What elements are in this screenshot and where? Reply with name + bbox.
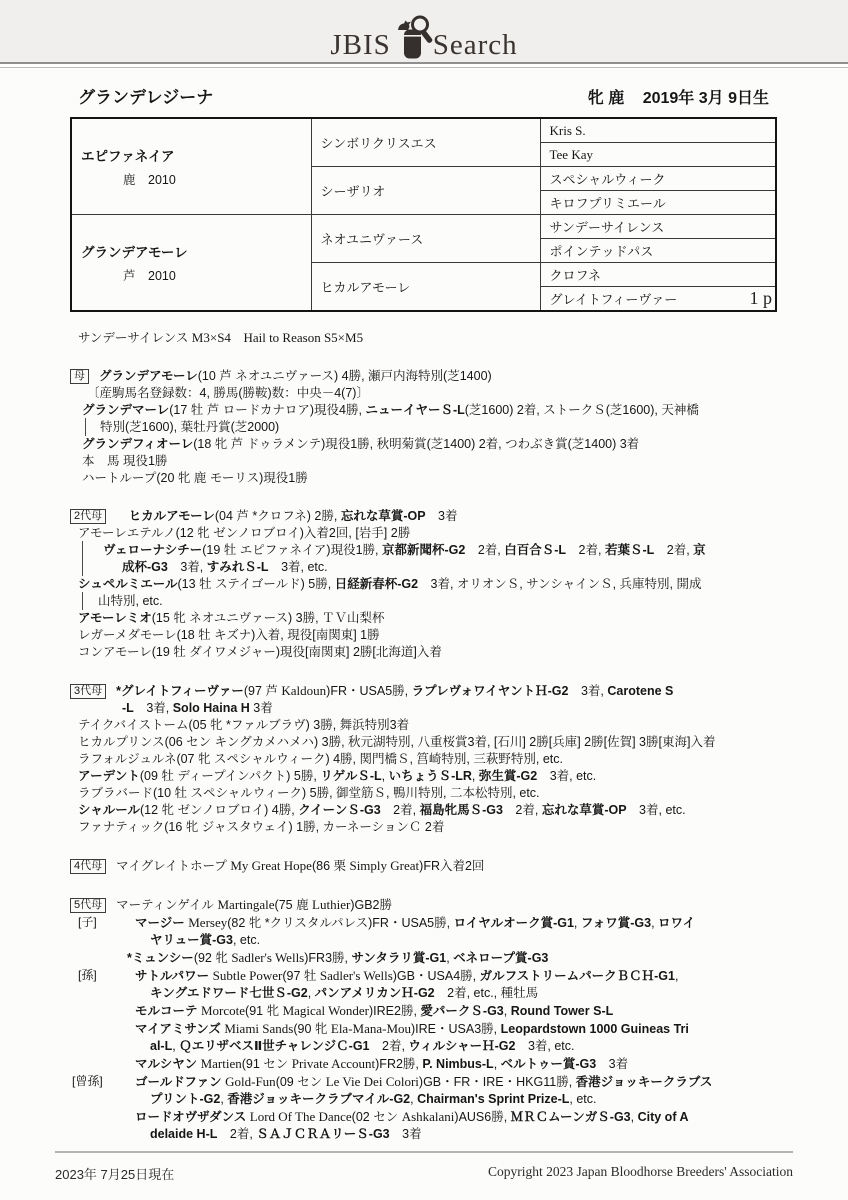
text-segment: Chairman's Sprint Prize-L [417, 1092, 569, 1106]
dam-coat-year: 芦 2010 [81, 266, 311, 284]
text-segment: マルシヤン [135, 1057, 197, 1071]
text-segment: グランデマーレ [82, 403, 169, 417]
text-segment: キングエドワード七世Ｓ-G2 [150, 986, 308, 1000]
note-line: アーデント(09 牡 ディープインパクト) 5勝, リゲルＳ-L, いちょうＳ-… [70, 768, 848, 785]
note-line: グランデフィオーレ(18 牝 芦 ドゥラメンテ)現役1勝, 秋明菊賞(芝1400… [70, 436, 848, 453]
text-segment: 京 [693, 543, 706, 557]
note-line: ラフォルジュルネ(07 牝 スペシャルウィーク) 4勝, 関門橋Ｓ, 筥崎特別,… [70, 751, 848, 768]
page-header: JBIS Search [0, 0, 848, 62]
text-segment: ウィルシャーＨ-G2 [408, 1039, 515, 1053]
text-segment: , [651, 916, 658, 930]
text-segment: )FR・USA5勝, [326, 684, 411, 698]
text-segment: サンタラリ賞-G1 [351, 951, 446, 965]
note-line: [孫]サトルパワー Subtle Power(97 牡 Sadler's Wel… [70, 967, 848, 985]
text-segment: 愛パークＳ-G3 [420, 1004, 503, 1018]
text-segment: , [631, 1110, 638, 1124]
text-segment: )GB・USA4勝, [393, 969, 480, 983]
text-segment: サンデーサイレンス [78, 331, 192, 345]
text-segment: (02 セン [352, 1110, 402, 1124]
text-segment: (92 牝 [194, 951, 232, 965]
text-segment: ベネロープ賞-G3 [453, 951, 548, 965]
generation-label: 5代母 [70, 898, 106, 913]
note-line: ヤリュー賞-G3, etc. [70, 932, 848, 949]
note-section: 3代母*グレイトフィーヴァー(97 芦 Kaldoun)FR・USA5勝, ラプ… [70, 682, 848, 836]
text-segment: ロワイ [658, 916, 695, 930]
text-segment: 2着, [370, 1039, 409, 1053]
text-segment: ガルフストリームパークＢＣＨ-G1 [480, 969, 675, 983]
tree-connector-line [82, 592, 83, 610]
text-segment: Ela-Mana-Mou [331, 1021, 411, 1036]
text-segment: )AUS6勝, [454, 1110, 510, 1124]
text-segment: グランデフィオーレ [82, 437, 193, 451]
text-segment: ロードオヴザダンス [135, 1110, 246, 1124]
text-segment: Sadler's Wells [320, 968, 393, 983]
text-segment: (12 牝 ゼンノロブロイ) 4勝, [140, 803, 298, 817]
birth-date: 2019年 3月 9日生 [643, 90, 769, 107]
text-segment: al-L [150, 1039, 172, 1053]
ancestor-name: グレイトフィーヴァー [550, 292, 678, 307]
text-segment: クイーンＳ-G3 [298, 803, 380, 817]
header-divider [0, 62, 848, 68]
note-line: 3代母*グレイトフィーヴァー(97 芦 Kaldoun)FR・USA5勝, ラプ… [70, 682, 848, 700]
text-segment: )GB2勝 [350, 898, 392, 912]
generation-label: 2代母 [70, 509, 106, 524]
text-segment: ヒカルプリンス(06 セン キングカメハメハ) 3勝, 秋元湖特別, 八重桜賞3… [78, 735, 715, 749]
text-segment: 3着, etc. [537, 769, 596, 783]
text-segment: 山特別, etc. [98, 594, 163, 608]
generation-label: 母 [70, 369, 89, 384]
text-segment: アーデント [78, 769, 140, 783]
note-line: シュペルミエール(13 牡 ステイゴールド) 5勝, 日経新春杯-G2 3着, … [70, 576, 848, 593]
text-segment: 京都新聞杯-G2 [382, 543, 465, 557]
text-segment: アモーレミオ [78, 611, 152, 625]
text-segment: ヴェローナシチー [103, 543, 202, 557]
text-segment: 3着 [390, 1127, 422, 1141]
text-segment: ラフォルジュルネ(07 牝 スペシャルウィーク) 4勝, 関門橋Ｓ, 筥崎特別,… [78, 752, 563, 766]
pedigree-cell-granddam: シーザリオ [311, 167, 540, 215]
note-line: グランデマーレ(17 牡 芦 ロードカナロア)現役4勝, ニューイヤーＳ-L(芝… [70, 402, 848, 419]
generation-label: 4代母 [70, 859, 106, 874]
descendant-group-label: [子] [78, 914, 97, 931]
dam-name: グランデアモーレ [81, 241, 311, 261]
pedigree-cell-ancestor: スペシャルウィーク [540, 167, 776, 191]
text-segment: シャルール [78, 803, 140, 817]
sex-coat: 牝 鹿 [588, 90, 624, 107]
text-segment: 2着, [381, 803, 420, 817]
pedigree-cell-granddam: ヒカルアモーレ [311, 263, 540, 312]
text-segment: Subtle Power [213, 968, 283, 983]
note-line: 4代母マイグレイトホープ My Great Hope(86 栗 Simply G… [70, 857, 848, 875]
text-segment: 3着 [250, 701, 273, 715]
text-segment: 3着, etc. [627, 803, 686, 817]
text-segment: Sadler's Wells [231, 950, 304, 965]
logo-text-jbis: JBIS [330, 30, 390, 60]
text-segment: Morcote [201, 1003, 245, 1018]
text-segment: ゴールドファン [135, 1075, 222, 1089]
text-segment: モルコーテ [135, 1004, 198, 1018]
text-segment: Martien [201, 1056, 242, 1071]
text-segment: (09 セン [276, 1075, 326, 1089]
note-line: *ミュンシー(92 牝 Sadler's Wells)FR3勝, サンタラリ賞-… [70, 949, 848, 967]
text-segment: ハートループ(20 牝 鹿 モーリス)現役1勝 [82, 471, 308, 485]
text-segment: (09 牡 ディープインパクト) 5勝, [140, 769, 320, 783]
note-section: サンデーサイレンス M3×S4 Hail to Reason S5×M5 [70, 329, 848, 347]
note-line: 〔産駒馬名登録数：4, 勝馬(勝鞍)数：中央－4(7)〕 [70, 385, 848, 402]
note-line: アモーレミオ(15 牝 ネオユニヴァース) 3勝, ＴＶ山梨杯 [70, 610, 848, 627]
text-segment: ＳＡＪＣＲＡリーＳ-G3 [256, 1127, 389, 1141]
text-segment: 本 馬 現役1勝 [82, 454, 167, 468]
text-segment: パンアメリカンＨ-G2 [315, 986, 435, 1000]
text-segment: 忘れな草賞-OP [341, 509, 426, 523]
text-segment: コンアモーレ(19 牡 ダイワメジャー)現役[南関東] 2勝[北海道]入着 [78, 645, 442, 659]
text-segment: Le Vie Dei Colori [326, 1074, 419, 1089]
text-segment: (15 牝 ネオユニヴァース) 3勝, ＴＶ山梨杯 [152, 611, 385, 625]
text-segment: (97 牡 [282, 969, 320, 983]
text-segment: delaide H-L [150, 1127, 217, 1141]
text-segment: 福島牝馬Ｓ-G3 [420, 803, 503, 817]
pedigree-cell-sire: エピファネイア 鹿 2010 [71, 118, 311, 215]
text-segment: レガーメダモーレ(18 牡 キズナ)入着, 現役[南関東] 1勝 [78, 628, 380, 642]
text-segment: アモーレエテルノ(12 牝 ゼンノロブロイ)入着2回, [岩手] 2勝 [78, 526, 410, 540]
text-segment: (芝1600) 2着, ストークＳ(芝1600), 天神橋 [465, 403, 699, 417]
text-segment: 弥生賞-G2 [479, 769, 537, 783]
note-line: al-L, ＱエリザベスⅡ世チャレンジＣ-G1 2着, ウィルシャーＨ-G2 3… [70, 1038, 848, 1055]
note-section: 母グランデアモーレ(10 芦 ネオユニヴァース) 4勝, 瀬戸内海特別(芝140… [70, 368, 848, 487]
text-segment: ロイヤルオーク賞-G1 [454, 916, 574, 930]
text-segment: Gold-Fun [225, 1074, 276, 1089]
text-segment: My Great Hope [230, 858, 312, 873]
text-segment: マージー [135, 916, 185, 930]
horse-name-title: グランデレジーナ [78, 83, 213, 108]
note-line: アモーレエテルノ(12 牝 ゼンノロブロイ)入着2回, [岩手] 2勝 [70, 525, 848, 542]
text-segment: , [308, 986, 315, 1000]
text-segment: Carotene S [607, 684, 673, 698]
text-segment: テイクバイストーム(05 牝 *ファルブラヴ) 3勝, 舞浜特別3着 [78, 718, 409, 732]
pedigree-notes: サンデーサイレンス M3×S4 Hail to Reason S5×M5母グラン… [70, 329, 848, 1143]
text-segment: (18 牝 芦 ドゥラメンテ)現役1勝, 秋明菊賞(芝1400) 2着, つわぶ… [193, 437, 639, 451]
note-line: ファナティック(16 牝 ジャスタウェイ) 1勝, カーネーションＣ 2着 [70, 819, 848, 836]
text-segment: すみれＳ-L [207, 560, 269, 574]
pedigree-cell-ancestor: キロフプリミエール [540, 191, 776, 215]
note-line: 成杯-G3 3着, すみれＳ-L 3着, etc. [70, 559, 848, 576]
text-segment: 白百合Ｓ-L [504, 543, 566, 557]
note-line: テイクバイストーム(05 牝 *ファルブラヴ) 3勝, 舞浜特別3着 [70, 717, 848, 734]
text-segment: *ミュンシー [127, 951, 194, 965]
text-segment: Magical Wonder [283, 1003, 369, 1018]
text-segment: , [574, 916, 581, 930]
pedigree-cell-ancestor: ポインテッドパス [540, 239, 776, 263]
text-segment: 香港ジョッキークラブス [576, 1075, 713, 1089]
note-line: ヴェローナシチー(19 牡 エピファネイア)現役1勝, 京都新聞杯-G2 2着,… [70, 542, 848, 559]
text-segment: ヤリュー賞-G3 [150, 933, 233, 947]
pedigree-cell-grandsire: ネオユニヴァース [311, 215, 540, 263]
text-segment: ラプレヴォワイヤントＨ-G2 [412, 684, 569, 698]
text-segment: City of A [638, 1110, 689, 1124]
text-segment: 2着, [654, 543, 693, 557]
text-segment: 2着, etc., 種牡馬 [435, 986, 539, 1000]
text-segment: マイアミサンズ [135, 1022, 221, 1036]
text-segment: フォワ賞-G3 [581, 916, 651, 930]
text-segment: リゲルＳ-L [320, 769, 381, 783]
text-segment: Miami Sands [224, 1021, 293, 1036]
document-body: グランデレジーナ 牝 鹿 2019年 3月 9日生 エピファネイア 鹿 2010… [0, 83, 848, 1143]
note-line: マルシヤン Martien(91 セン Private Account)FR2勝… [70, 1055, 848, 1073]
note-line: キングエドワード七世Ｓ-G2, パンアメリカンＨ-G2 2着, etc., 種牡… [70, 985, 848, 1002]
note-section: 5代母マーティンゲイル Martingale(75 鹿 Luthier)GB2勝… [70, 896, 848, 1143]
title-row: グランデレジーナ 牝 鹿 2019年 3月 9日生 [70, 83, 775, 108]
pedigree-cell-ancestor: グレイトフィーヴァー 1 p [540, 287, 776, 312]
text-segment: (90 牝 [293, 1022, 331, 1036]
text-segment: Luthier [312, 897, 350, 912]
text-segment: ニューイヤーＳ-L [365, 403, 464, 417]
text-segment: Lord Of The Dance [250, 1109, 352, 1124]
document-page: JBIS Search グランデレジーナ 牝 鹿 2019年 3月 9日生 [0, 0, 848, 1200]
note-line: 2代母 ヒカルアモーレ(04 芦 *クロフネ) 2勝, 忘れな草賞-OP 3着 [70, 508, 848, 525]
text-segment: 3着, [568, 684, 607, 698]
text-segment: )FR2勝, [375, 1057, 422, 1071]
text-segment: Round Tower S-L [511, 1004, 614, 1018]
sire-coat-year: 鹿 2010 [81, 170, 311, 188]
tree-connector-line [85, 418, 86, 436]
note-line: 山特別, etc. [70, 593, 848, 610]
text-segment: )FR入着2回 [419, 859, 484, 873]
pedigree-cell-dam: グランデアモーレ 芦 2010 [71, 215, 311, 312]
text-segment: (13 牡 ステイゴールド) 5勝, [178, 577, 335, 591]
descendant-group-label: [孫] [78, 967, 97, 984]
note-line: プリント-G2, 香港ジョッキークラブマイル-G2, Chairman's Sp… [70, 1091, 848, 1108]
note-line: 特別(芝1600), 葉牡丹賞(芝2000) [70, 419, 848, 436]
text-segment: サトルパワー [135, 969, 209, 983]
as-of-date: 2023年 7月25日現在 [55, 1164, 174, 1183]
text-segment: (91 セン [242, 1057, 292, 1071]
text-segment: M3×S4 [192, 330, 231, 345]
note-line: -L 3着, Solo Haina H 3着 [70, 700, 848, 717]
text-segment: グランデアモーレ [99, 369, 198, 383]
text-segment [231, 331, 244, 345]
note-line: [曾孫]ゴールドファン Gold-Fun(09 セン Le Vie Dei Co… [70, 1073, 848, 1091]
text-segment: 3着, etc. [515, 1039, 574, 1053]
note-line: [子]マージー Mersey(82 牝 *クリスタルパレス)FR・USA5勝, … [70, 914, 848, 932]
note-line: マイアミサンズ Miami Sands(90 牝 Ela-Mana-Mou)IR… [70, 1020, 848, 1038]
note-line: モルコーテ Morcote(91 牝 Magical Wonder)IRE2勝,… [70, 1002, 848, 1020]
note-line: ハートループ(20 牝 鹿 モーリス)現役1勝 [70, 470, 848, 487]
tree-connector-line [82, 558, 83, 576]
text-segment: )GB・FR・IRE・HKG11勝, [419, 1075, 576, 1089]
jbis-search-logo: JBIS Search [330, 14, 517, 60]
text-segment: (10 芦 ネオユニヴァース) 4勝, 瀬戸内海特別(芝1400) [198, 369, 492, 383]
text-segment: , [382, 769, 389, 783]
text-segment: 3着, [134, 701, 173, 715]
text-segment: Private Account [292, 1056, 375, 1071]
text-segment: , [504, 1004, 511, 1018]
text-segment: , [494, 1057, 501, 1071]
text-segment: Solo Haina H [173, 701, 250, 715]
text-segment: (97 芦 [244, 684, 282, 698]
tree-connector-line [82, 541, 83, 559]
text-segment: (82 牝 *クリスタルパレス)FR・USA5勝, [227, 916, 453, 930]
text-segment: , [675, 969, 678, 983]
text-segment: , etc. [233, 933, 260, 947]
text-segment: 2着, [503, 803, 542, 817]
note-section: 4代母マイグレイトホープ My Great Hope(86 栗 Simply G… [70, 857, 848, 875]
text-segment: ヒカルアモーレ [116, 509, 215, 523]
text-segment: マーティンゲイル [116, 898, 217, 912]
copyright-text: Copyright 2023 Japan Bloodhorse Breeders… [488, 1164, 793, 1183]
page-footer: 2023年 7月25日現在 Copyright 2023 Japan Blood… [55, 1151, 793, 1183]
pedigree-table: エピファネイア 鹿 2010 シンボリクリスエス Kris S. Tee Kay… [70, 117, 777, 312]
text-segment: 2着, [566, 543, 605, 557]
note-line: コンアモーレ(19 牡 ダイワメジャー)現役[南関東] 2勝[北海道]入着 [70, 644, 848, 661]
text-segment: (04 芦 *クロフネ) 2勝, [215, 509, 341, 523]
note-line: 母グランデアモーレ(10 芦 ネオユニヴァース) 4勝, 瀬戸内海特別(芝140… [70, 368, 848, 385]
pedigree-table-wrap: エピファネイア 鹿 2010 シンボリクリスエス Kris S. Tee Kay… [70, 117, 775, 312]
text-segment: (91 牝 [245, 1004, 283, 1018]
text-segment: ＱエリザベスⅡ世チャレンジＣ-G1 [179, 1039, 369, 1053]
text-segment: Kaldoun [281, 683, 326, 698]
text-segment: ベルトゥー賞-G3 [501, 1057, 597, 1071]
note-line: ヒカルプリンス(06 セン キングカメハメハ) 3勝, 秋元湖特別, 八重桜賞3… [70, 734, 848, 751]
page-number-marker: 1 p [750, 288, 773, 309]
text-segment: (75 鹿 [275, 898, 313, 912]
text-segment: 特別(芝1600), 葉牡丹賞(芝2000) [100, 420, 279, 434]
text-segment: マイグレイトホープ [116, 859, 230, 873]
text-segment: Hail to Reason S5×M5 [243, 330, 363, 345]
text-segment: , etc. [569, 1092, 596, 1106]
text-segment: プリント-G2 [150, 1092, 220, 1106]
text-segment: 香港ジョッキークラブマイル-G2 [227, 1092, 410, 1106]
pedigree-cell-ancestor: Tee Kay [540, 143, 776, 167]
text-segment: Ashkalani [402, 1109, 455, 1124]
text-segment: 2着, [217, 1127, 256, 1141]
text-segment: *グレイトフィーヴァー [116, 684, 244, 698]
text-segment: 〔産駒馬名登録数：4, 勝馬(勝鞍)数：中央－4(7)〕 [87, 386, 369, 400]
note-line: シャルール(12 牝 ゼンノロブロイ) 4勝, クイーンＳ-G3 2着, 福島牝… [70, 802, 848, 819]
note-section: 2代母 ヒカルアモーレ(04 芦 *クロフネ) 2勝, 忘れな草賞-OP 3着ア… [70, 508, 848, 661]
note-line: ラブラバード(10 牡 スペシャルウィーク) 5勝, 御堂筋Ｓ, 鴨川特別, 二… [70, 785, 848, 802]
logo-text-search: Search [433, 30, 518, 60]
text-segment: 若葉Ｓ-L [605, 543, 654, 557]
pedigree-cell-ancestor: クロフネ [540, 263, 776, 287]
text-segment: 3着, etc. [269, 560, 328, 574]
sex-coat-birth: 牝 鹿 2019年 3月 9日生 [574, 85, 775, 108]
text-segment: Simply Great [349, 858, 419, 873]
text-segment: 3着, オリオンＳ, サンシャインＳ, 兵庫特別, 開成 [418, 577, 701, 591]
text-segment: 3着, [168, 560, 207, 574]
text-segment: ＭＲＣムーンガＳ-G3 [511, 1110, 631, 1124]
text-segment: ラブラバード(10 牡 スペシャルウィーク) 5勝, 御堂筋Ｓ, 鴨川特別, 二… [78, 786, 540, 800]
text-segment: いちょうＳ-LR [389, 769, 472, 783]
text-segment: 忘れな草賞-OP [542, 803, 627, 817]
text-segment: 2着, [465, 543, 504, 557]
text-segment: (86 栗 [312, 859, 350, 873]
text-segment: -L [122, 701, 134, 715]
text-segment: )IRE2勝, [369, 1004, 420, 1018]
pedigree-cell-ancestor: サンデーサイレンス [540, 215, 776, 239]
text-segment: )FR3勝, [304, 951, 351, 965]
text-segment: 日経新春杯-G2 [335, 577, 418, 591]
sire-name: エピファネイア [81, 145, 311, 165]
text-segment: ファナティック(16 牝 ジャスタウェイ) 1勝, カーネーションＣ 2着 [78, 820, 444, 834]
text-segment: , [472, 769, 479, 783]
text-segment: Martingale [217, 897, 274, 912]
descendant-group-label: [曾孫] [72, 1073, 103, 1090]
text-segment: シュペルミエール [78, 577, 178, 591]
generation-label: 3代母 [70, 684, 106, 699]
note-line: レガーメダモーレ(18 牡 キズナ)入着, 現役[南関東] 1勝 [70, 627, 848, 644]
note-line: 本 馬 現役1勝 [70, 453, 848, 470]
text-segment: Leopardstown 1000 Guineas Tri [501, 1022, 689, 1036]
note-line: 5代母マーティンゲイル Martingale(75 鹿 Luthier)GB2勝 [70, 896, 848, 914]
text-segment: 3着 [596, 1057, 628, 1071]
text-segment: P. Nimbus-L [422, 1057, 493, 1071]
horse-magnifier-pedestal-icon [393, 14, 431, 60]
text-segment: (19 牡 エピファネイア)現役1勝, [202, 543, 382, 557]
text-segment: (17 牡 芦 ロードカナロア)現役4勝, [169, 403, 365, 417]
pedigree-cell-ancestor: Kris S. [540, 118, 776, 143]
pedigree-cell-grandsire: シンボリクリスエス [311, 118, 540, 167]
note-line: delaide H-L 2着, ＳＡＪＣＲＡリーＳ-G3 3着 [70, 1126, 848, 1143]
text-segment: )IRE・USA3勝, [411, 1022, 501, 1036]
note-line: サンデーサイレンス M3×S4 Hail to Reason S5×M5 [70, 329, 848, 347]
text-segment: 3着 [426, 509, 458, 523]
text-segment: 成杯-G3 [122, 560, 168, 574]
text-segment: Mersey [188, 915, 227, 930]
note-line: ロードオヴザダンス Lord Of The Dance(02 セン Ashkal… [70, 1108, 848, 1126]
